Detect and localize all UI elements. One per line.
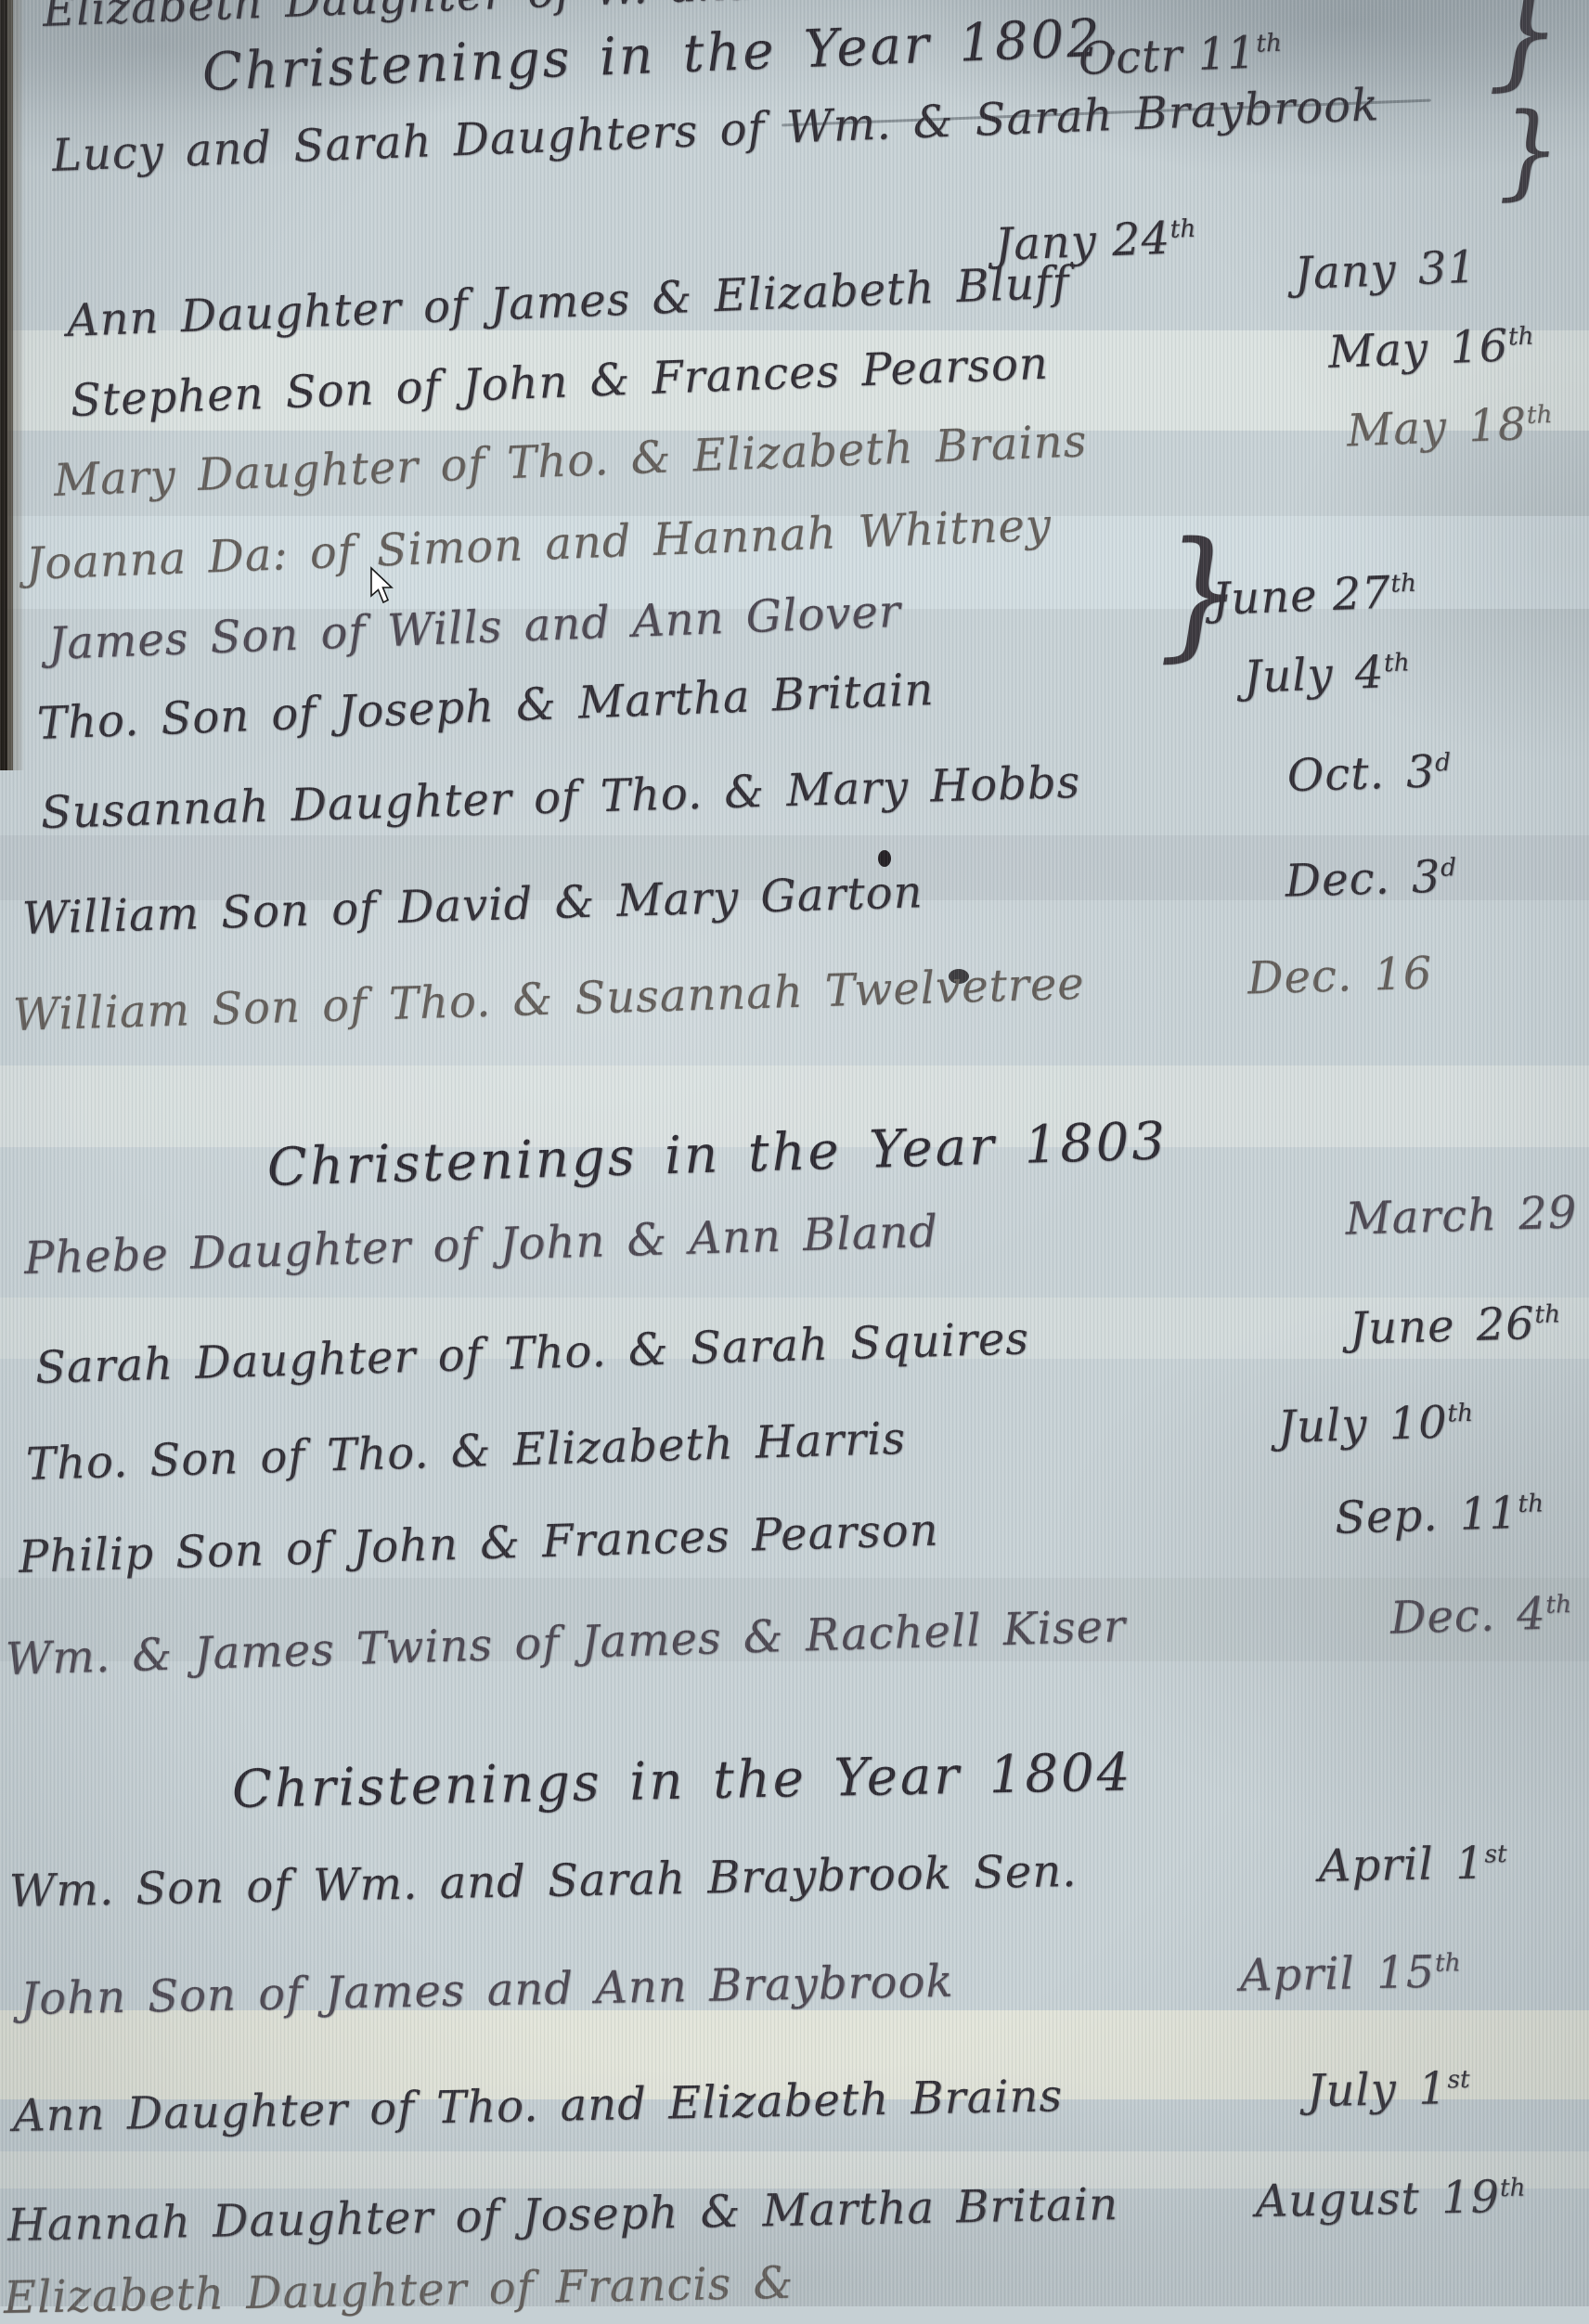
date-text: Jany 31 — [1294, 241, 1478, 300]
date-suffix: st — [1484, 1840, 1507, 1868]
entry-date: August 19th — [1255, 2171, 1526, 2228]
ink-blot — [878, 850, 891, 867]
entry-date: March 29 — [1345, 1186, 1578, 1245]
date-suffix: th — [1256, 29, 1283, 58]
entry-date: July 1st — [1307, 2062, 1471, 2117]
entry-date: June 27th — [1211, 566, 1417, 626]
register-entry: Tho. Son of Tho. & Elizabeth Harris July… — [25, 1396, 1474, 1491]
date-suffix: th — [1534, 1299, 1561, 1329]
register-entry: William Son of Tho. & Susannah Twelvetre… — [12, 948, 1433, 1041]
mouse-cursor — [369, 566, 397, 607]
entry-date: Dec. 3d — [1285, 850, 1457, 907]
entry-text: Philip Son of John & Frances Pearson — [18, 1504, 939, 1583]
section-heading-1804: Christenings in the Year 1804 — [231, 1742, 1132, 1820]
entry-date: May 18th — [1346, 397, 1554, 457]
entry-date: April 1st — [1318, 1837, 1507, 1892]
date-text: May 16 — [1327, 320, 1509, 379]
entry-date: July 4th — [1243, 645, 1411, 704]
date-text: Sep. 11 — [1334, 1487, 1518, 1544]
entry-date: Sep. 11th — [1334, 1486, 1544, 1544]
date-text: July 4 — [1243, 646, 1385, 704]
date-text: Octr 11 — [1078, 27, 1258, 85]
entry-date: Jany 31 — [1294, 241, 1478, 300]
entry-text: Hannah Daughter of Joseph & Martha Brita… — [6, 2178, 1118, 2252]
date-suffix: th — [1383, 648, 1410, 678]
date-suffix: th — [1545, 1590, 1572, 1620]
register-entry: Phebe Daughter of John & Ann Bland March… — [23, 1186, 1578, 1285]
register-entry-partial-bottom: Elizabeth Daughter of Francis & — [3, 2247, 1303, 2306]
date-suffix: th — [1500, 2174, 1526, 2203]
date-text: May 18 — [1346, 398, 1528, 457]
date-text: Oct. 3 — [1286, 745, 1436, 802]
date-suffix: th — [1169, 214, 1196, 244]
entry-date: Dec. 16 — [1247, 948, 1433, 1005]
entry-text: Elizabeth Daughter of Francis & — [3, 2257, 794, 2306]
entry-date: April 15th — [1239, 1945, 1461, 2002]
register-entry: Wm. Son of Wm. and Sarah Braybrook Sen. … — [8, 1837, 1507, 1917]
date-text: July 10 — [1277, 1397, 1449, 1453]
entry-text: Phebe Daughter of John & Ann Bland — [23, 1206, 939, 1285]
date-suffix: th — [1518, 1489, 1544, 1518]
date-suffix: th — [1390, 569, 1417, 599]
register-entry: Philip Son of John & Frances Pearson Sep… — [18, 1486, 1544, 1583]
register-entry: Susannah Daughter of Tho. & Mary Hobbs O… — [40, 745, 1452, 839]
entry-date: Oct. 3d — [1286, 745, 1452, 802]
date-suffix: th — [1435, 1948, 1461, 1978]
date-suffix: th — [1507, 321, 1534, 351]
date-suffix: d — [1435, 748, 1452, 777]
date-text: June 26 — [1349, 1298, 1535, 1355]
date-text: June 27 — [1211, 567, 1392, 626]
entry-date: July 10th — [1277, 1396, 1474, 1453]
date-text: Dec. 3 — [1285, 851, 1441, 908]
entry-text: William Son of Tho. & Susannah Twelvetre… — [12, 958, 1085, 1041]
book-binding-edge — [0, 0, 24, 770]
date-text: April 1 — [1318, 1837, 1485, 1891]
date-suffix: d — [1440, 853, 1457, 882]
entry-date: June 26th — [1349, 1297, 1561, 1355]
date-suffix: st — [1447, 2065, 1470, 2094]
entry-date: Dec. 4th — [1389, 1587, 1572, 1645]
date-suffix: th — [1526, 400, 1553, 430]
register-page-photo: Elizabeth Daughter of W. and Clement Mil… — [0, 0, 1589, 2306]
date-text: Dec. 16 — [1247, 948, 1433, 1005]
entry-text: Tho. Son of Tho. & Elizabeth Harris — [25, 1413, 907, 1491]
date-suffix: th — [1447, 1399, 1474, 1428]
entry-date: May 16th — [1327, 318, 1535, 378]
entry-text: Susannah Daughter of Tho. & Mary Hobbs — [40, 756, 1081, 839]
date-text: Dec. 4 — [1389, 1588, 1546, 1645]
grouping-brace: } — [1483, 0, 1565, 93]
entry-text: Tho. Son of Joseph & Martha Britain — [36, 664, 935, 750]
date-text: April 15 — [1239, 1946, 1435, 2002]
entry-date: Octr 11th — [1078, 26, 1283, 85]
date-text: August 19 — [1255, 2171, 1501, 2227]
entry-text: Wm. Son of Wm. and Sarah Braybrook Sen. — [8, 1845, 1077, 1917]
date-text: March 29 — [1345, 1186, 1578, 1245]
grouping-brace: } — [1494, 97, 1563, 202]
date-text: July 1 — [1307, 2062, 1448, 2117]
